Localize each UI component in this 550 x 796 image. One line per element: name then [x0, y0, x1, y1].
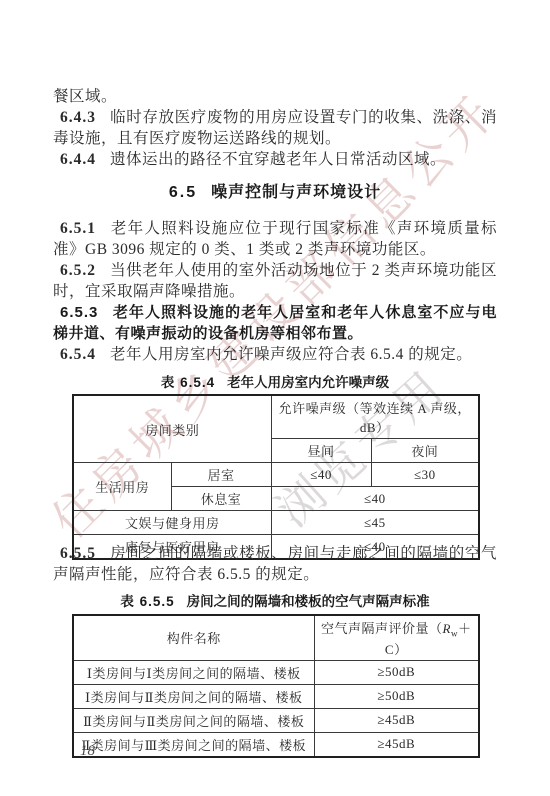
paragraph-continuation: 餐区域。 [53, 86, 497, 107]
clause-number: 6.4.3 [60, 109, 96, 126]
table-6-5-4: 房间类别 允许噪声级（等效连续 A 声级，dB） 昼间 夜间 生活用房 居室 ≤… [72, 394, 480, 560]
table-6-5-5-caption: 表 6.5.5房间之间的隔墙和楼板的空气声隔声标准 [53, 590, 497, 610]
header-room-type: 房间类别 [73, 395, 271, 463]
clause-number: 6.4.4 [60, 151, 96, 168]
cell-component: Ⅰ类房间与Ⅰ类房间之间的隔墙、楼板 [73, 660, 314, 684]
paragraph-text: 餐区域。 [53, 88, 117, 105]
cell-rating-value: ≥50dB [314, 684, 479, 708]
cell-lounge: 休息室 [171, 487, 271, 511]
header-component-name: 构件名称 [73, 615, 314, 660]
table-row: 构件名称 空气声隔声评价量（Rw＋C） [73, 615, 479, 660]
header-nighttime: 夜间 [371, 439, 479, 463]
cell-lounge-value: ≤40 [271, 487, 479, 511]
rating-subscript: w [451, 629, 458, 639]
header-sound-insulation-rating: 空气声隔声评价量（Rw＋C） [314, 615, 479, 660]
cell-bedroom: 居室 [171, 463, 271, 487]
table-caption-title: 房间之间的隔墙和楼板的空气声隔声标准 [187, 594, 430, 609]
cell-rating-value: ≥45dB [314, 732, 479, 757]
table-6-5-5: 构件名称 空气声隔声评价量（Rw＋C） Ⅰ类房间与Ⅰ类房间之间的隔墙、楼板 ≥5… [72, 614, 480, 758]
cell-living-rooms-group: 生活用房 [73, 463, 171, 511]
table-6-5-4-caption: 表 6.5.4老年人用房室内允许噪声级 [53, 371, 497, 391]
clause-6-5-3-mandatory: 6.5.3老年人照料设施的老年人居室和老年人休息室不应与电梯井道、有噪声振动的设… [53, 302, 497, 344]
clause-number: 6.5.5 [60, 545, 96, 562]
table-row: Ⅱ类房间与Ⅱ类房间之间的隔墙、楼板 ≥45dB [73, 708, 479, 732]
table-caption-label: 表 6.5.4 [161, 375, 215, 390]
cell-component: Ⅰ类房间与Ⅱ类房间之间的隔墙、楼板 [73, 684, 314, 708]
table-row: 文娱与健身用房 ≤45 [73, 511, 479, 535]
cell-recreation-value: ≤45 [271, 511, 479, 535]
cell-component: Ⅱ类房间与Ⅱ类房间之间的隔墙、楼板 [73, 708, 314, 732]
clause-6-4-3: 6.4.3临时存放医疗废物的用房应设置专门的收集、洗涤、消毒设施，且有医疗废物运… [53, 107, 497, 149]
header-allowed-noise: 允许噪声级（等效连续 A 声级，dB） [271, 395, 479, 439]
clause-6-5-1: 6.5.1老年人照料设施应位于现行国家标准《声环境质量标准》GB 3096 规定… [53, 218, 497, 260]
cell-rating-value: ≥50dB [314, 660, 479, 684]
table-caption-label: 表 6.5.5 [120, 594, 174, 609]
section-heading-6-5: 6.5噪声控制与声环境设计 [53, 179, 497, 202]
section-title: 噪声控制与声环境设计 [211, 184, 381, 201]
table-row: Ⅰ类房间与Ⅱ类房间之间的隔墙、楼板 ≥50dB [73, 684, 479, 708]
clause-text: 房间之间的隔墙或楼板、房间与走廊之间的隔墙的空气声隔声性能，应符合表 6.5.5… [53, 545, 497, 583]
cell-component: Ⅱ类房间与Ⅲ类房间之间的隔墙、楼板 [73, 732, 314, 757]
table-row: 生活用房 居室 ≤40 ≤30 [73, 463, 479, 487]
cell-bedroom-day: ≤40 [271, 463, 371, 487]
cell-rating-value: ≥45dB [314, 708, 479, 732]
clause-number: 6.5.4 [60, 346, 96, 363]
table-row: Ⅱ类房间与Ⅲ类房间之间的隔墙、楼板 ≥45dB [73, 732, 479, 757]
clause-number: 6.5.2 [60, 262, 96, 279]
clause-text: 当供老年人使用的室外活动场地位于 2 类声环境功能区时，宜采取隔声降噪措施。 [53, 262, 497, 300]
rating-symbol: R [443, 621, 451, 636]
clause-number: 6.5.1 [60, 220, 96, 237]
section-number: 6.5 [169, 184, 197, 201]
table-row: Ⅰ类房间与Ⅰ类房间之间的隔墙、楼板 ≥50dB [73, 660, 479, 684]
clause-6-5-2: 6.5.2当供老年人使用的室外活动场地位于 2 类声环境功能区时，宜采取隔声降噪… [53, 260, 497, 302]
clause-number: 6.5.3 [60, 304, 98, 321]
clause-6-5-4: 6.5.4老年人用房室内允许噪声级应符合表 6.5.4 的规定。 [53, 344, 497, 365]
clause-6-5-5: 6.5.5房间之间的隔墙或楼板、房间与走廊之间的隔墙的空气声隔声性能，应符合表 … [53, 543, 497, 585]
clause-text: 遗体运出的路径不宜穿越老年人日常活动区域。 [110, 151, 446, 168]
clause-text: 老年人用房室内允许噪声级应符合表 6.5.4 的规定。 [110, 346, 472, 363]
clause-6-4-4: 6.4.4遗体运出的路径不宜穿越老年人日常活动区域。 [53, 149, 497, 170]
table-caption-title: 老年人用房室内允许噪声级 [227, 375, 389, 390]
document-page: 住房城乡建设部信息公开 浏览专用 餐区域。 6.4.3临时存放医疗废物的用房应设… [0, 0, 550, 796]
page-number: 18 [80, 743, 95, 760]
clause-text: 老年人照料设施应位于现行国家标准《声环境质量标准》GB 3096 规定的 0 类… [53, 220, 497, 258]
table-row: 房间类别 允许噪声级（等效连续 A 声级，dB） [73, 395, 479, 439]
header-daytime: 昼间 [271, 439, 371, 463]
cell-bedroom-night: ≤30 [371, 463, 479, 487]
clause-text: 老年人照料设施的老年人居室和老年人休息室不应与电梯井道、有噪声振动的设备机房等相… [53, 304, 497, 342]
rating-prefix: 空气声隔声评价量（ [321, 621, 443, 636]
clause-text: 临时存放医疗废物的用房应设置专门的收集、洗涤、消毒设施，且有医疗废物运送路线的规… [53, 109, 497, 147]
cell-recreation: 文娱与健身用房 [73, 511, 271, 535]
